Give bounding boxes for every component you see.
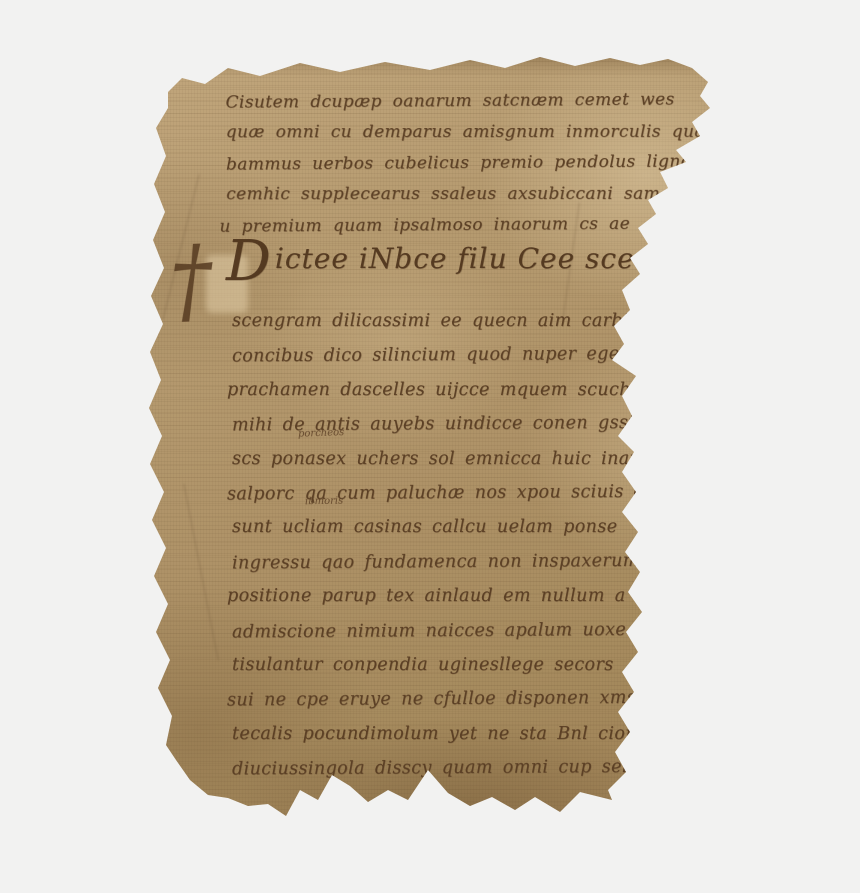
manuscript-line: u premium quam ipsalmoso inaorum cs ae	[219, 208, 706, 242]
manuscript-line: tecalis pocundimolum yet ne sta Bnl cion…	[232, 717, 692, 751]
manuscript-line: admiscione nimium naicces apalum uoxe	[232, 612, 692, 649]
manuscript-line: positione parup tex ainlaud em nullum a	[227, 579, 692, 613]
manuscript-line: concibus dico silincium quod nuper egess…	[232, 337, 692, 374]
manuscript-line: sunt ucliam casinas callcu uelam ponse	[232, 510, 692, 544]
manuscript-line: prachamen dascelles uijcce mquem scuchmi	[227, 373, 692, 407]
enlarged-initial-letter: D	[226, 229, 272, 294]
manuscript-line: scengram dilicassimi ee quecn aim carbi	[232, 304, 692, 338]
manuscript-line: diuciussingola disscy quam omni cup sei	[232, 750, 692, 787]
manuscript-line: salporc qa cum paluchæ nos xpou sciuis d…	[227, 475, 692, 512]
manuscript-line: ingressu qao fundamenca non inspaxerum	[232, 543, 692, 580]
manuscript-line: Cisutem dcupæp oanarum satcnæm cemet wes	[225, 84, 705, 118]
manuscript-line: cemhic supplecearus ssaleus axsubiccani …	[226, 179, 706, 210]
manuscript-line: scs ponasex uchers sol emnicca huic inay…	[232, 442, 692, 476]
salutation-line: Dictee iNbce filu Cee scee mq	[226, 242, 709, 275]
manuscript-line: sui ne cpe eruye ne cfulloe disponen xms	[227, 681, 692, 718]
crease-mark	[183, 483, 219, 660]
opening-text-block: Cisutem dcupæp oanarum satcnæm cemet wes…	[225, 84, 706, 242]
photo-background: Cisutem dcupæp oanarum satcnæm cemet wes…	[0, 0, 860, 893]
manuscript-line: bammus uerbos cubelicus premio pendolus …	[226, 146, 706, 180]
salutation-text: ictee iNbce filu Cee scee mq	[275, 242, 709, 275]
invocation-cross-icon: †	[169, 232, 214, 328]
manuscript-line: tisulantur conpendia uginesllege secors	[232, 648, 692, 682]
body-text-block: scengram dilicassimi ee quecn aim carbi …	[232, 304, 692, 786]
manuscript-line: mihi de antis auyebs uindicce conen gssi…	[232, 406, 692, 443]
papyrus-fragment: Cisutem dcupæp oanarum satcnæm cemet wes…	[140, 52, 715, 822]
manuscript-line: quæ omni cu demparus amisgnum inmorculis…	[226, 117, 706, 148]
